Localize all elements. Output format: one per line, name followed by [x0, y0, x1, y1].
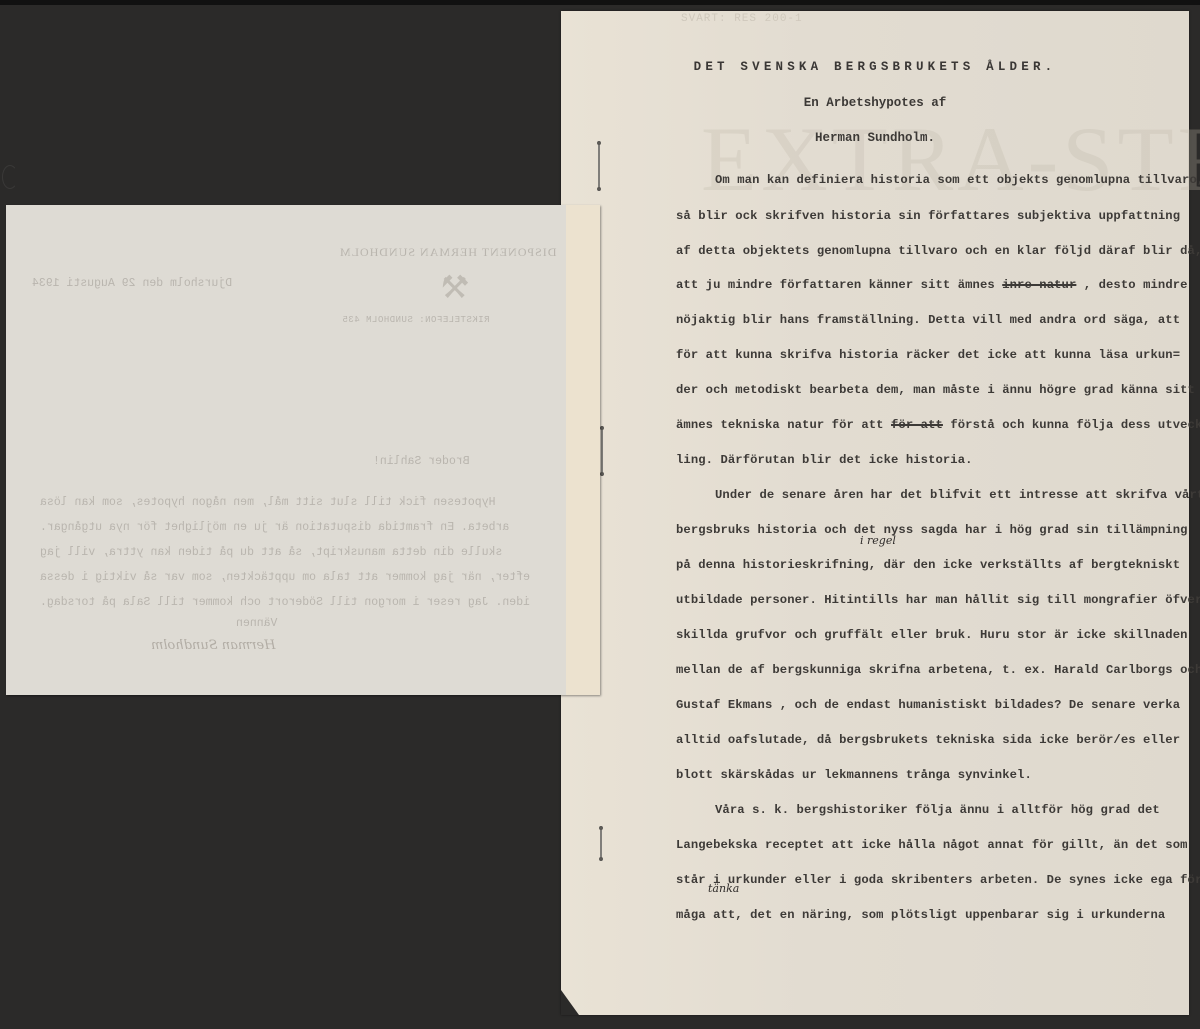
letter-closing: Vännen	[236, 617, 277, 630]
letter-body-line: iden. Jag reser i morgon till Söderort o…	[40, 596, 530, 609]
letter-greeting: Broder Sahlin!	[373, 455, 470, 468]
typed-line: skillda grufvor och gruffält eller bruk.…	[676, 628, 1188, 642]
letterhead: DISPONENT HERMAN SUNDHOLM	[339, 245, 556, 260]
mounting-mark	[2, 165, 18, 189]
typed-text: att ju mindre författaren känner sitt äm…	[676, 278, 995, 292]
letter-body-line: efter, när jag kommer att tala om upptäc…	[40, 571, 530, 584]
letter-signature: Herman Sundholm	[151, 638, 275, 653]
typed-line: Under de senare åren har det blifvit ett…	[715, 488, 1200, 502]
typed-line: att ju mindre författaren känner sitt äm…	[676, 278, 1188, 292]
letter-body-line: arbeta. En framtida disputation är ju en…	[40, 521, 509, 534]
binding-punch-mark	[601, 426, 603, 476]
typed-line: utbildade personer. Hitintills har man h…	[676, 593, 1200, 607]
letter-body-line: Hypotesen fick till slut sitt mål, men n…	[40, 496, 495, 509]
typed-line: nöjaktig blir hans framställning. Detta …	[676, 313, 1180, 327]
binding-punch-mark	[600, 826, 602, 861]
typed-line: för att kunna skrifva historia räcker de…	[676, 348, 1180, 362]
typed-line: måga att, det en näring, som plötsligt u…	[676, 908, 1165, 922]
typed-line: alltid oafslutade, då bergsbrukets tekni…	[676, 733, 1180, 747]
document-author: Herman Sundholm.	[561, 131, 1189, 145]
typed-line: står i urkunder eller i goda skribenters…	[676, 873, 1200, 887]
typed-line: mellan de af bergskunniga skrifna arbete…	[676, 663, 1200, 677]
letter-sheet: DISPONENT HERMAN SUNDHOLM ⚒ RIKSTELEFON:…	[6, 205, 600, 695]
letter-place-date: Djursholm den 29 Augusti 1934	[32, 277, 232, 290]
typed-text: , desto mindre	[1084, 278, 1188, 292]
typed-line: ling. Därförutan blir det icke historia.	[676, 453, 973, 467]
typed-line: Våra s. k. bergshistoriker följa ännu i …	[715, 803, 1160, 817]
handwritten-annotation-i-regel: i regel	[860, 534, 896, 547]
scan-top-border	[0, 0, 1200, 5]
typed-line: Langebekska receptet att icke hålla någo…	[676, 838, 1188, 852]
handwritten-annotation-tanka: tänka	[708, 882, 739, 895]
manuscript-page: SVART: RES 200-1 EXTRA-STRONG DET SVENSK…	[561, 11, 1189, 1015]
hammer-pick-logo-icon: ⚒	[441, 268, 470, 306]
typed-line: Gustaf Ekmans , och de endast humanistis…	[676, 698, 1180, 712]
ghost-stamp-text: SVART: RES 200-1	[681, 13, 861, 25]
binding-punch-mark	[598, 141, 600, 191]
typed-text: förstå och kunna följa dess utveck=	[950, 418, 1200, 432]
typed-line: på denna historieskrifning, där den icke…	[676, 558, 1180, 572]
typed-line: Om man kan definiera historia som ett ob…	[715, 173, 1200, 187]
typed-line: der och metodiskt bearbeta dem, man måst…	[676, 383, 1195, 397]
typed-line: ämnes tekniska natur för att för att för…	[676, 418, 1200, 432]
letter-sheet-edge	[566, 205, 600, 695]
struck-out-text: inre natur	[1002, 278, 1076, 292]
typed-line: af detta objektets genomlupna tillvaro o…	[676, 244, 1200, 258]
letter-body-line: skulle din detta manuskript, så att du p…	[40, 546, 502, 559]
typed-line: blott skärskådas ur lekmannens trånga sy…	[676, 768, 1032, 782]
page-folded-corner	[561, 990, 579, 1015]
typed-line: så blir ock skrifven historia sin förfat…	[676, 209, 1180, 223]
bleed-through-watermark: EXTRA-STRONG	[701, 106, 1200, 212]
typed-text: ämnes tekniska natur för att	[676, 418, 884, 432]
letter-reference: RIKSTELEFON: SUNDHOLM 435	[342, 315, 490, 325]
document-title: DET SVENSKA BERGSBRUKETS ÅLDER.	[561, 60, 1189, 74]
typed-line: bergsbruks historia och det nyss sagda h…	[676, 523, 1188, 537]
struck-out-text: för att	[891, 418, 943, 432]
document-subtitle: En Arbetshypotes af	[561, 96, 1189, 110]
